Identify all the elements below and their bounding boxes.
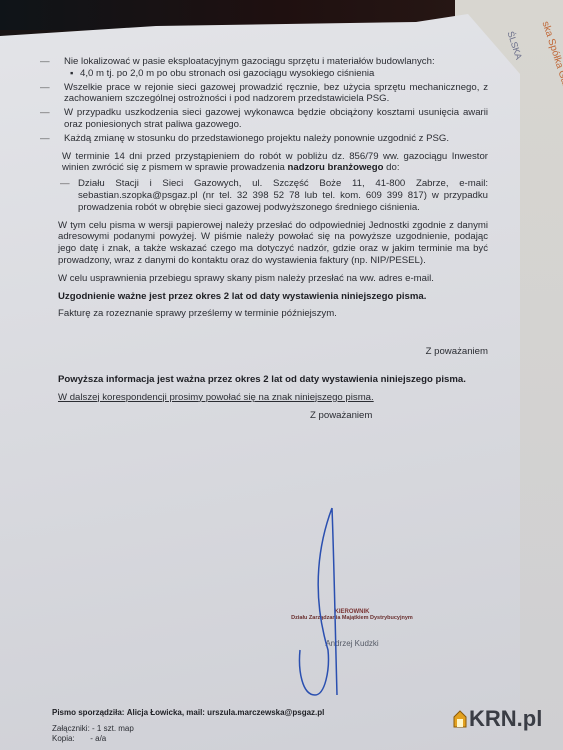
contact-item: — Działu Stacji i Sieci Gazowych, ul. Sz…: [72, 178, 488, 213]
list-item: — Nie lokalizować w pasie eksploatacyjny…: [58, 56, 488, 80]
watermark-logo: KRN.pl: [453, 706, 542, 732]
reference-paragraph: W dalszej korespondencji prosimy powołać…: [58, 392, 488, 404]
dash-marker: —: [40, 56, 50, 68]
bullet-item: 4,0 m tj. po 2,0 m po obu stronach osi g…: [64, 68, 488, 80]
closing-regards-2: Z poważaniem: [310, 410, 488, 422]
background-vertical-text: ska Spółka Gazown: [540, 20, 563, 107]
closing-regards: Z poważaniem: [58, 346, 488, 358]
info-validity-paragraph: Powyższa informacja jest ważna przez okr…: [58, 374, 488, 386]
dash-marker: —: [40, 133, 50, 145]
scan-paragraph: W celu usprawnienia przebiegu sprawy ska…: [58, 273, 488, 285]
background-vertical-text: ŚLSKA: [505, 30, 523, 61]
footer: Pismo sporządziła: Alicja Łowicka, mail:…: [52, 708, 324, 744]
list-item: — Wszelkie prace w rejonie sieci gazowej…: [58, 82, 488, 106]
invoice-paragraph: Fakturę za rozeznanie sprawy prześlemy w…: [58, 308, 488, 320]
dash-marker: —: [40, 107, 50, 119]
list-item: — Każdą zmianę w stosunku do przedstawio…: [58, 133, 488, 145]
letter-body: — Nie lokalizować w pasie eksploatacyjny…: [58, 56, 488, 425]
validity-paragraph: Uzgodnienie ważne jest przez okres 2 lat…: [58, 291, 488, 303]
dash-marker: —: [60, 178, 70, 190]
supervision-paragraph: W terminie 14 dni przed przystąpieniem d…: [62, 151, 488, 175]
signature-icon: [290, 500, 370, 700]
purpose-paragraph: W tym celu pisma w wersji papierowej nal…: [58, 220, 488, 267]
list-item: — W przypadku uszkodzenia sieci gazowej …: [58, 107, 488, 131]
house-icon: [453, 710, 467, 728]
dash-marker: —: [40, 82, 50, 94]
